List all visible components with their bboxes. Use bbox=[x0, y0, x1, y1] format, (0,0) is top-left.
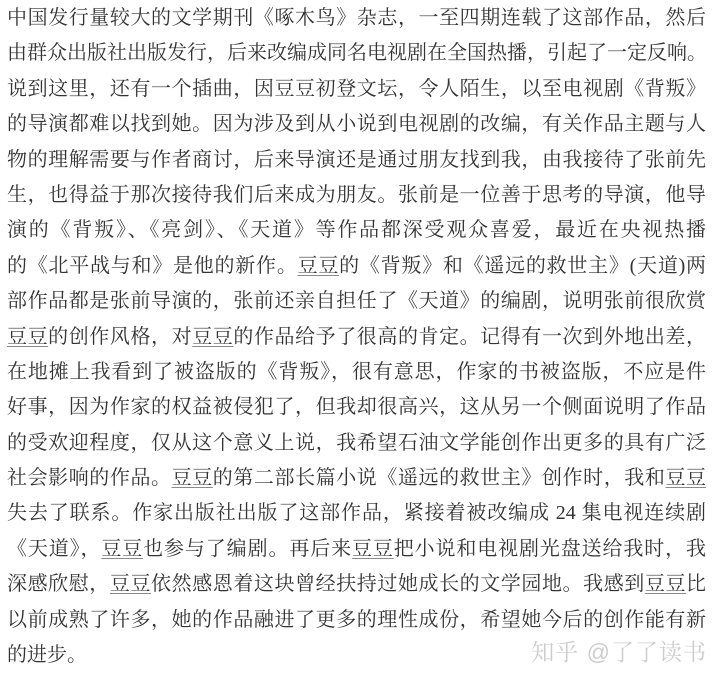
text-segment: 的第二部长篇小说《遥远的救世主》创作时，我和 bbox=[213, 467, 666, 489]
text-line: 失去了联系。作家出版社出版了这部作品，紧接着被改编成 24 集电视连续剧 bbox=[7, 496, 706, 531]
text-line: 的《北平战与和》是他的新作。豆豆的《背叛》和《遥远的救世主》(天道)两 bbox=[7, 249, 706, 284]
text-line: 说到这里，还有一个插曲，因豆豆初登文坛，令人陌生，以至电视剧《背叛》 bbox=[7, 72, 706, 107]
text-segment: 把小说和电视剧光盘送给我时，我 bbox=[394, 538, 706, 560]
text-line: 以前成熟了许多，她的作品融进了更多的理性成份，希望她今后的创作能有新 bbox=[7, 603, 706, 638]
text-line: 的受欢迎程度，仅从这个意义上说，我希望石油文学能创作出更多的具有广泛 bbox=[7, 426, 706, 461]
article-text: 中国发行量较大的文学期刊《啄木鸟》杂志，一至四期连载了这部作品，然后由群众出版社… bbox=[7, 1, 706, 673]
proper-name-underlined: 豆豆 bbox=[645, 573, 686, 595]
text-segment: 的导演都难以找到她。因为涉及到从小说到电视剧的改编，有关作品主题与人 bbox=[7, 113, 706, 135]
text-line: 物的理解需要与作者商讨，后来导演还是通过朋友找到我，由我接待了张前先 bbox=[7, 143, 706, 178]
text-segment: 的《背叛》和《遥远的救世主》(天道)两 bbox=[339, 255, 706, 277]
text-segment: 物的理解需要与作者商讨，后来导演还是通过朋友找到我，由我接待了张前先 bbox=[7, 149, 706, 171]
text-segment: 的受欢迎程度，仅从这个意义上说，我希望石油文学能创作出更多的具有广泛 bbox=[7, 432, 706, 454]
proper-name-underlined: 豆豆 bbox=[665, 467, 706, 489]
text-segment: 中国发行量较大的文学期刊《啄木鸟》杂志，一至四期连载了这部作品，然后 bbox=[7, 7, 706, 29]
text-line: 部作品都是张前导演的，张前还亲自担任了《天道》的编剧，说明张前很欣赏 bbox=[7, 284, 706, 319]
text-segment: 以前成熟了许多，她的作品融进了更多的理性成份，希望她今后的创作能有新 bbox=[7, 609, 706, 631]
text-segment: 社会影响的作品。 bbox=[7, 467, 172, 489]
text-segment: 部作品都是张前导演的，张前还亲自担任了《天道》的编剧，说明张前很欣赏 bbox=[7, 290, 706, 312]
text-segment: 在地摊上我看到了被盗版的《背叛》，很有意思，作家的书被盗版，不应是件 bbox=[7, 361, 706, 383]
proper-name-underlined: 豆豆 bbox=[352, 538, 394, 560]
text-line: 《天道》，豆豆也参与了编剧。再后来豆豆把小说和电视剧光盘送给我时，我 bbox=[7, 532, 706, 567]
text-segment: 也参与了编剧。再后来 bbox=[143, 538, 352, 560]
text-line: 中国发行量较大的文学期刊《啄木鸟》杂志，一至四期连载了这部作品，然后 bbox=[7, 1, 706, 36]
text-line: 生，也得益于那次接待我们后来成为朋友。张前是一位善于思考的导演，他导 bbox=[7, 178, 706, 213]
text-segment: 失去了联系。作家出版社出版了这部作品，紧接着被改编成 24 集电视连续剧 bbox=[7, 502, 706, 524]
text-segment: 的作品给予了很高的肯定。记得有一次到外地出差， bbox=[233, 326, 706, 348]
text-segment: 由群众出版社出版发行，后来改编成同名电视剧在全国热播，引起了一定反响。 bbox=[7, 42, 707, 64]
text-segment: 的进步。 bbox=[7, 644, 87, 666]
proper-name-underlined: 豆豆 bbox=[192, 326, 233, 348]
text-segment: 演的《背叛》、《亮剑》、《天道》等作品都深受观众喜爱，最近在央视热播 bbox=[7, 219, 706, 241]
text-line: 演的《背叛》、《亮剑》、《天道》等作品都深受观众喜爱，最近在央视热播 bbox=[7, 213, 706, 248]
text-line: 的导演都难以找到她。因为涉及到从小说到电视剧的改编，有关作品主题与人 bbox=[7, 107, 706, 142]
proper-name-underlined: 豆豆 bbox=[7, 326, 48, 348]
proper-name-underlined: 豆豆 bbox=[110, 573, 151, 595]
text-segment: 生，也得益于那次接待我们后来成为朋友。张前是一位善于思考的导演，他导 bbox=[7, 184, 706, 206]
text-segment: 比 bbox=[686, 573, 706, 595]
text-line: 在地摊上我看到了被盗版的《背叛》，很有意思，作家的书被盗版，不应是件 bbox=[7, 355, 706, 390]
text-segment: 的《北平战与和》是他的新作。 bbox=[7, 255, 298, 277]
text-line: 社会影响的作品。豆豆的第二部长篇小说《遥远的救世主》创作时，我和豆豆 bbox=[7, 461, 706, 496]
text-segment: 好事，因为作家的权益被侵犯了，但我却很高兴，这从另一个侧面说明了作品 bbox=[7, 396, 706, 418]
text-line: 豆豆的创作风格，对豆豆的作品给予了很高的肯定。记得有一次到外地出差， bbox=[7, 320, 706, 355]
zhihu-watermark: 知乎 @了了读书 bbox=[531, 634, 707, 667]
text-segment: 依然感恩着这块曾经扶持过她成长的文学园地。我感到 bbox=[151, 573, 645, 595]
text-line: 好事，因为作家的权益被侵犯了，但我却很高兴，这从另一个侧面说明了作品 bbox=[7, 390, 706, 425]
text-line: 深感欣慰，豆豆依然感恩着这块曾经扶持过她成长的文学园地。我感到豆豆比 bbox=[7, 567, 706, 602]
text-segment: 说到这里，还有一个插曲，因豆豆初登文坛，令人陌生，以至电视剧《背叛》 bbox=[7, 78, 706, 100]
proper-name-underlined: 豆豆 bbox=[101, 538, 143, 560]
text-segment: 《天道》， bbox=[7, 538, 101, 560]
proper-name-underlined: 豆豆 bbox=[172, 467, 213, 489]
text-segment: 的创作风格，对 bbox=[48, 326, 192, 348]
text-segment: 深感欣慰， bbox=[7, 573, 110, 595]
article-page: 中国发行量较大的文学期刊《啄木鸟》杂志，一至四期连载了这部作品，然后由群众出版社… bbox=[0, 0, 713, 676]
text-line: 由群众出版社出版发行，后来改编成同名电视剧在全国热播，引起了一定反响。 bbox=[7, 36, 706, 71]
proper-name-underlined: 豆豆 bbox=[298, 255, 340, 277]
